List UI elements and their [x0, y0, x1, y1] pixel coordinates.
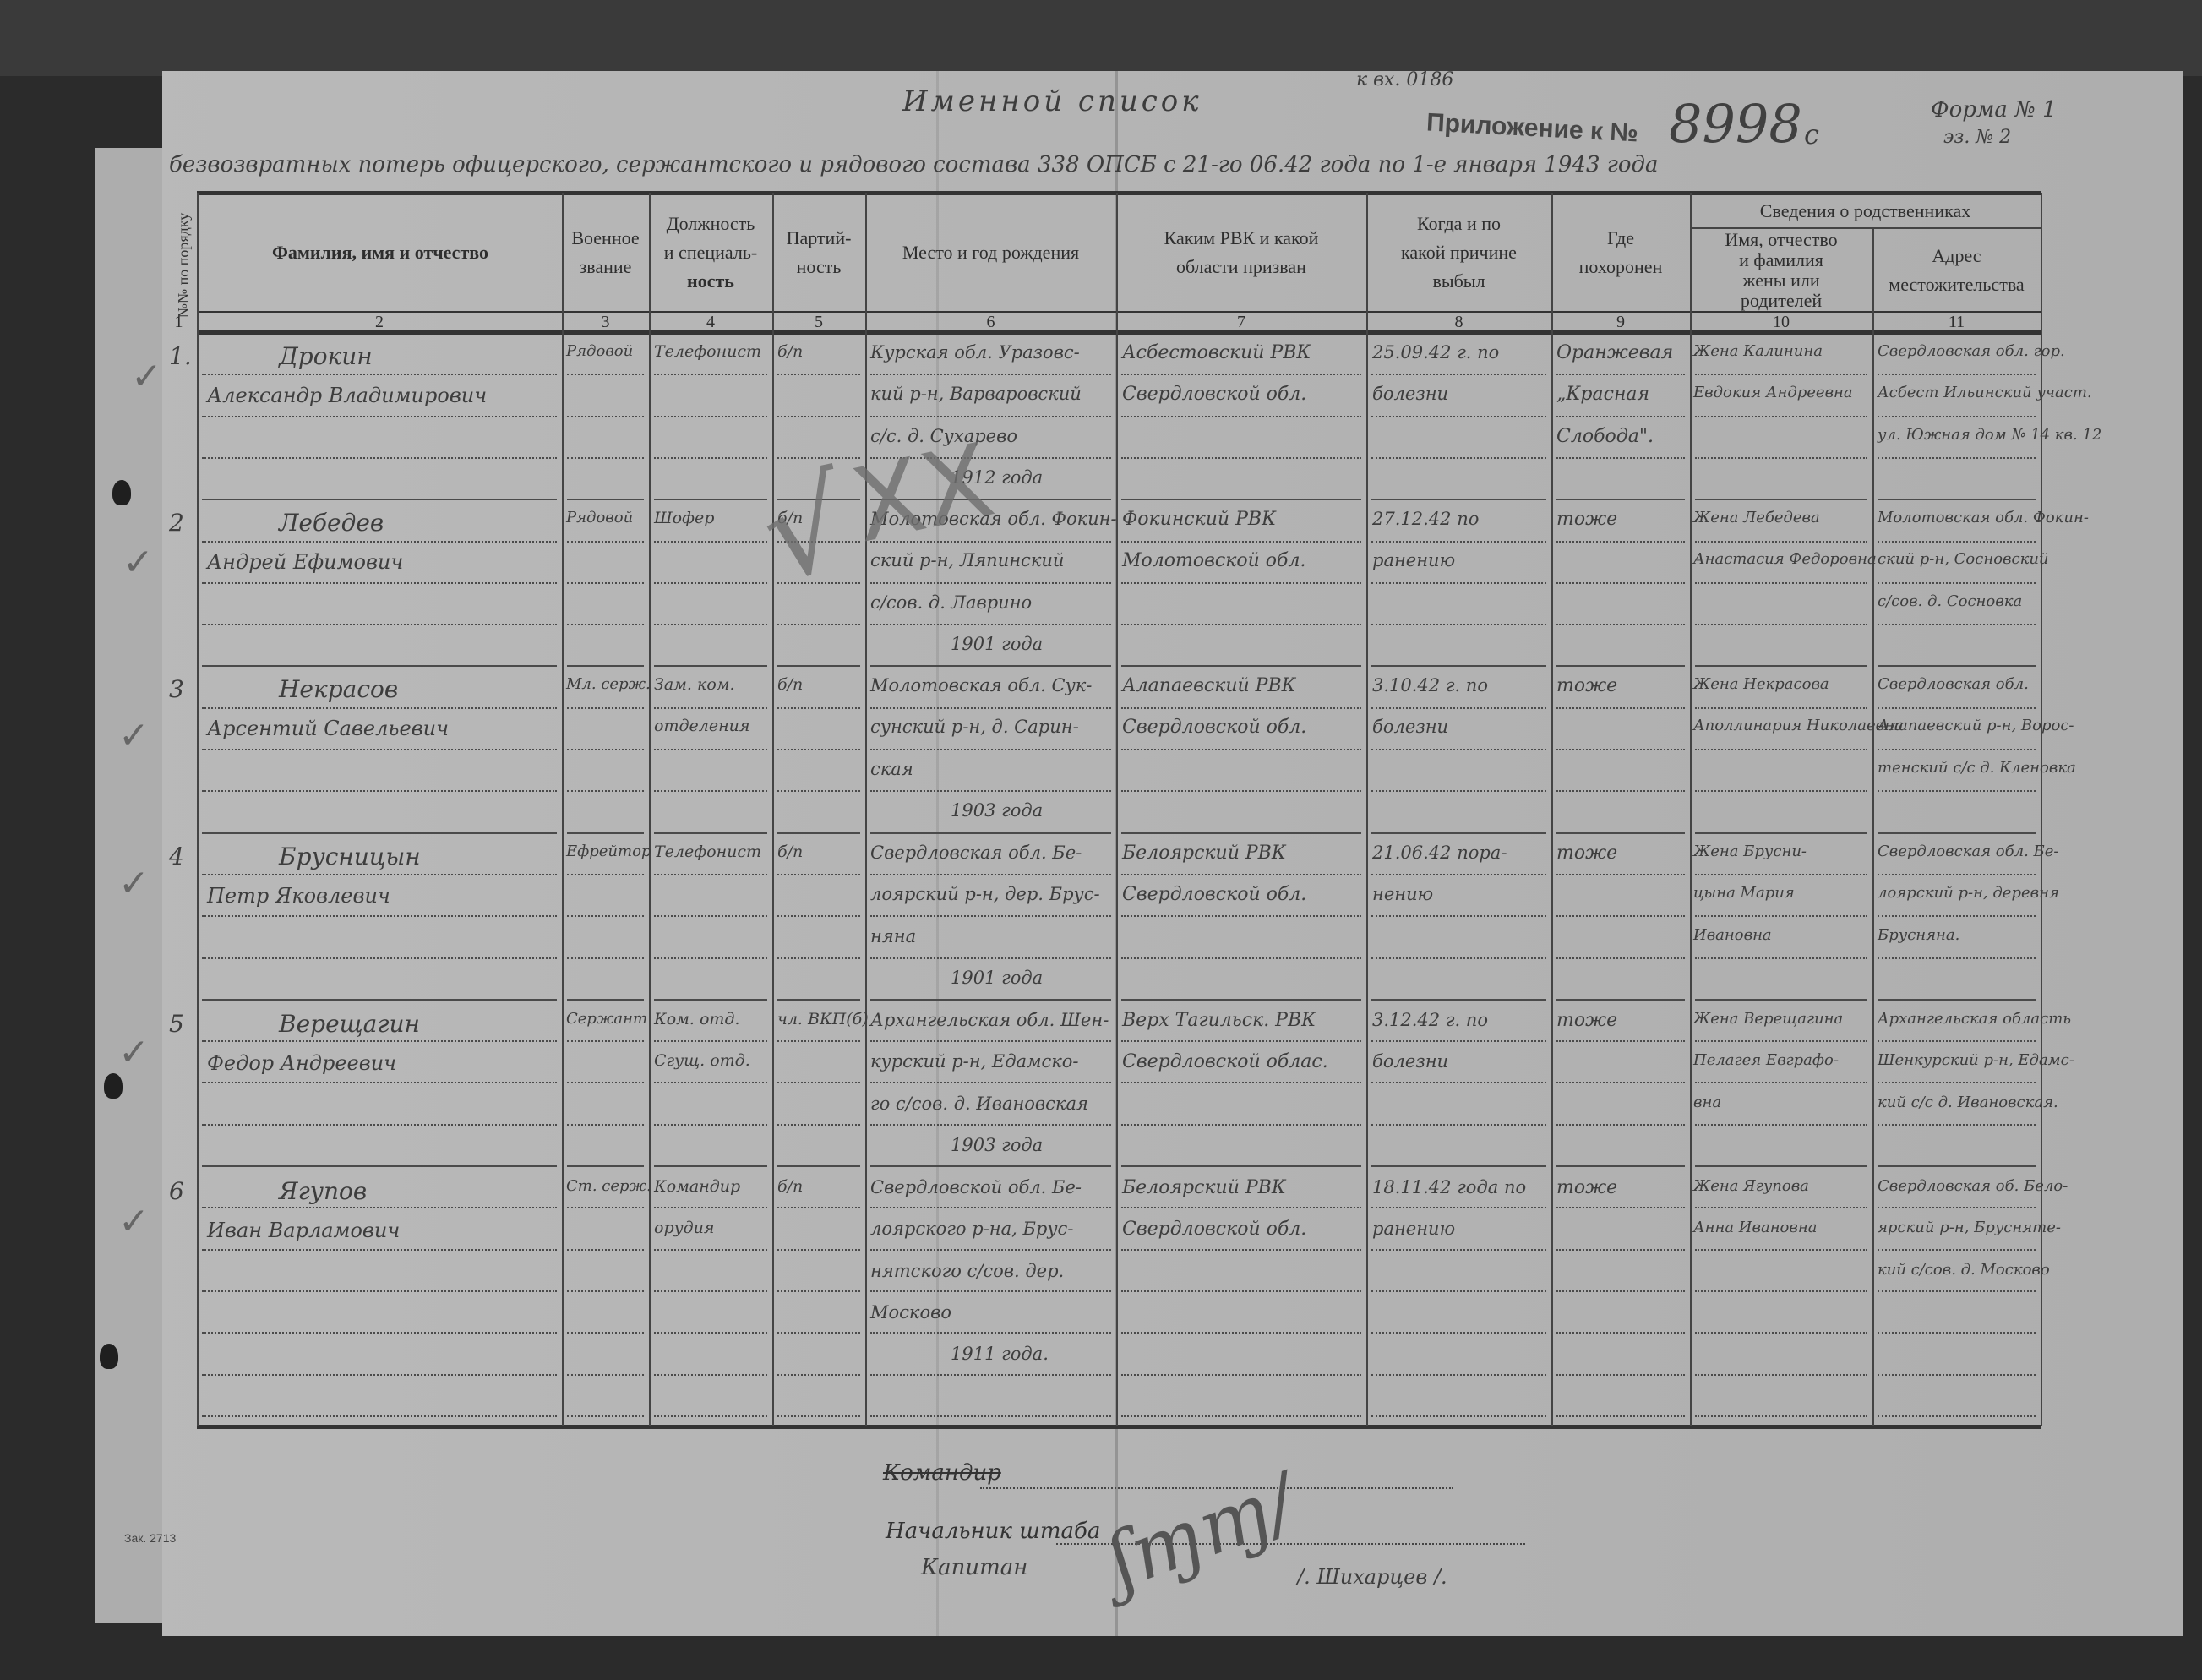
binder-hole: [112, 480, 131, 505]
print-order-number: Зак. 2713: [124, 1531, 176, 1545]
ruled-line: [1121, 1249, 1361, 1251]
birth-year: 1911 года.: [951, 1344, 1049, 1364]
home-address: Свердловская об. Бело-: [1878, 1177, 2068, 1195]
ruled-line: [1371, 582, 1546, 584]
ruled-line: [1878, 541, 2036, 543]
ruled-line: [1556, 749, 1685, 750]
chief-of-staff-label: Начальник штаба: [886, 1519, 1100, 1544]
ruled-line: [567, 1040, 644, 1042]
ruled-line: [1556, 790, 1685, 792]
relative-name: Жена Лебедева: [1693, 509, 1820, 526]
ruled-line: [777, 957, 860, 959]
birth-place: лоярского р-на, Брус-: [870, 1219, 1073, 1239]
ruled-line: [1695, 1332, 1867, 1334]
ruled-line: [1556, 374, 1685, 375]
military-rank: Мл. серж.: [566, 675, 651, 693]
date-reason-left: нению: [1372, 884, 1433, 904]
col-number: 9: [1551, 313, 1690, 332]
chief-name: /. Шихарцев /.: [1297, 1565, 1447, 1589]
ruled-line: [202, 1374, 557, 1376]
ruled-line: [1556, 1415, 1685, 1417]
home-address: Брусняна.: [1878, 926, 1959, 944]
ruled-line: [567, 1332, 644, 1334]
home-address: Архангельская область: [1878, 1010, 2071, 1028]
ruled-line: [1695, 416, 1867, 417]
ruled-line: [567, 374, 644, 375]
checkmark-icon: ✓: [118, 1031, 150, 1074]
ruled-line: [1695, 1124, 1867, 1126]
ruled-line: [202, 915, 557, 917]
ruled-line: [1121, 624, 1361, 625]
date-reason-left: ранению: [1372, 1219, 1455, 1239]
ruled-line: [1878, 707, 2036, 709]
ruled-line: [654, 1207, 767, 1208]
ruled-line: [1695, 999, 1867, 1001]
ruled-line: [1371, 707, 1546, 709]
ruled-line: [567, 915, 644, 917]
party-membership: б/п: [777, 843, 803, 861]
ruled-line: [567, 1290, 644, 1292]
commander-label: Командир: [883, 1460, 1001, 1486]
ruled-line: [1556, 999, 1685, 1001]
ruled-line: [202, 1332, 557, 1334]
ruled-line: [567, 790, 644, 792]
burial-place: Оранжевая: [1556, 342, 1673, 363]
header-party: Партий-ность: [772, 194, 865, 311]
ruled-line: [1121, 790, 1361, 792]
draft-office: Свердловской обл.: [1122, 384, 1306, 405]
home-address: Свердловская обл. Бе-: [1878, 843, 2059, 860]
ruled-line: [654, 1290, 767, 1292]
home-address: ский р-н, Сосновский: [1878, 550, 2049, 568]
ruled-line: [654, 1124, 767, 1126]
form-sub-label: эз. № 2: [1943, 127, 2011, 148]
col-border: [1366, 193, 1368, 1426]
ruled-line: [1371, 457, 1546, 459]
col-border: [772, 193, 774, 1426]
home-address: кий с/с д. Ивановская.: [1878, 1094, 2058, 1111]
ruled-line: [1695, 707, 1867, 709]
ruled-line: [567, 749, 644, 750]
ruled-line: [870, 1332, 1111, 1334]
ruled-line: [1371, 1332, 1546, 1334]
ruled-line: [1695, 1374, 1867, 1376]
military-rank: Ефрейтор: [566, 843, 651, 860]
col-border: [1872, 229, 1874, 1426]
ruled-line: [1695, 1040, 1867, 1042]
ruled-line: [1121, 1082, 1361, 1083]
ruled-line: [1371, 749, 1546, 750]
ruled-line: [1695, 1207, 1867, 1208]
row-number: 4: [169, 843, 184, 870]
birth-place: Курская обл. Уразовс-: [870, 342, 1080, 363]
date-reason-left: 3.10.42 г. по: [1372, 675, 1488, 695]
ruled-line: [1878, 1207, 2036, 1208]
ruled-line: [567, 416, 644, 417]
ruled-line: [1121, 915, 1361, 917]
ruled-line: [1695, 915, 1867, 917]
ruled-line: [777, 749, 860, 750]
col-number: 5: [772, 313, 865, 332]
ruled-line: [777, 874, 860, 875]
ruled-line: [567, 1124, 644, 1126]
ruled-line: [1878, 957, 2036, 959]
checkmark-icon: ✓: [118, 1200, 150, 1243]
header-birth: Место и год рождения: [865, 194, 1116, 311]
ruled-line: [1371, 1207, 1546, 1208]
ruled-line: [202, 707, 557, 709]
ruled-line: [777, 416, 860, 417]
row-number: 6: [169, 1177, 184, 1205]
col-number: 8: [1366, 313, 1551, 332]
ruled-line: [202, 1082, 557, 1083]
ruled-line: [1121, 832, 1361, 834]
ruled-line: [1878, 749, 2036, 750]
military-rank: Ст. серж.: [566, 1177, 651, 1195]
ruled-line: [1878, 832, 2036, 834]
ruled-line: [1121, 999, 1361, 1001]
ruled-line: [1556, 541, 1685, 543]
ruled-line: [654, 832, 767, 834]
checkmark-icon: ✓: [123, 541, 154, 584]
checkmark-icon: ✓: [118, 714, 150, 757]
ruled-line: [1121, 582, 1361, 584]
ruled-line: [777, 915, 860, 917]
ruled-line: [870, 374, 1111, 375]
ruled-line: [1556, 624, 1685, 625]
home-address: Алапаевский р-н, Ворос-: [1878, 717, 2074, 734]
ruled-line: [654, 915, 767, 917]
ruled-line: [1121, 1332, 1361, 1334]
ruled-line: [1556, 499, 1685, 500]
home-address: Асбест Ильинский участ.: [1878, 384, 2092, 401]
col-number: 7: [1116, 313, 1366, 332]
ruled-line: [1556, 874, 1685, 875]
ruled-line: [1695, 1249, 1867, 1251]
ruled-line: [777, 707, 860, 709]
col-border: [865, 193, 867, 1426]
ruled-line: [1695, 582, 1867, 584]
burial-place: тоже: [1556, 675, 1617, 696]
col-number: 2: [197, 313, 562, 332]
ruled-line: [1878, 915, 2036, 917]
ruled-line: [1371, 1165, 1546, 1167]
ruled-line: [870, 1082, 1111, 1083]
surname: Верещагин: [279, 1010, 420, 1038]
relative-name: Жена Верещагина: [1693, 1010, 1843, 1028]
ruled-line: [1878, 665, 2036, 667]
draft-office: Свердловской обл.: [1122, 884, 1306, 905]
ruled-line: [567, 1249, 644, 1251]
home-address: ярский р-н, Брусняте-: [1878, 1219, 2061, 1236]
ruled-line: [1556, 915, 1685, 917]
ruled-line: [202, 874, 557, 875]
ruled-line: [1121, 416, 1361, 417]
birth-place: кий р-н, Варваровский: [870, 384, 1082, 404]
ruled-line: [1121, 1290, 1361, 1292]
ruled-line: [202, 1040, 557, 1042]
ruled-line: [1371, 832, 1546, 834]
ruled-line: [777, 665, 860, 667]
relative-name: Евдокия Андреевна: [1693, 384, 1853, 401]
ruled-line: [1878, 457, 2036, 459]
ruled-line: [567, 457, 644, 459]
ruled-line: [1878, 1124, 2036, 1126]
ruled-line: [777, 999, 860, 1001]
birth-year: 1903 года: [951, 800, 1043, 821]
col-border: [2041, 193, 2042, 1426]
ruled-line: [1556, 457, 1685, 459]
ruled-line: [777, 1040, 860, 1042]
ruled-line: [654, 1374, 767, 1376]
draft-office: Белоярский РВК: [1122, 1177, 1286, 1198]
ruled-line: [870, 1374, 1111, 1376]
ruled-line: [202, 541, 557, 543]
relative-name: Жена Ягупова: [1693, 1177, 1809, 1195]
ruled-line: [1878, 1290, 2036, 1292]
ruled-line: [654, 707, 767, 709]
ruled-line: [202, 1249, 557, 1251]
ruled-line: [1556, 1165, 1685, 1167]
birth-place: няна: [870, 926, 916, 946]
checkmark-icon: ✓: [118, 862, 150, 905]
col-border: [1690, 193, 1692, 1426]
position: отделения: [654, 717, 749, 735]
ruled-line: [567, 582, 644, 584]
ruled-line: [1371, 1290, 1546, 1292]
ruled-line: [1695, 749, 1867, 750]
ruled-line: [202, 499, 557, 500]
ruled-line: [567, 1165, 644, 1167]
ruled-line: [202, 1207, 557, 1208]
draft-office: Фокинский РВК: [1122, 509, 1276, 530]
ruled-line: [1556, 1082, 1685, 1083]
checkmark-icon: ✓: [131, 355, 162, 398]
relative-name: Жена Калинина: [1693, 342, 1823, 360]
ruled-line: [1695, 957, 1867, 959]
ruled-line: [870, 707, 1111, 709]
col-number: 11: [1872, 313, 2041, 332]
ruled-line: [777, 1082, 860, 1083]
ruled-line: [1121, 665, 1361, 667]
party-membership: б/п: [777, 675, 803, 694]
ruled-line: [654, 1040, 767, 1042]
ruled-line: [1878, 1165, 2036, 1167]
position: Сгущ. отд.: [654, 1051, 750, 1070]
header-when-reason: Когда и покакой причиневыбыл: [1366, 194, 1551, 311]
first-name-patronymic: Иван Варламович: [207, 1219, 400, 1242]
ruled-line: [202, 957, 557, 959]
ruled-line: [654, 499, 767, 500]
ruled-line: [1371, 999, 1546, 1001]
ruled-line: [202, 1415, 557, 1417]
header-burial: Гдепохоронен: [1551, 194, 1690, 311]
ruled-line: [1371, 624, 1546, 625]
ruled-line: [567, 707, 644, 709]
ruled-line: [1556, 1290, 1685, 1292]
ruled-line: [567, 1374, 644, 1376]
ruled-line: [1121, 541, 1361, 543]
header-rvk: Каким РВК и какойобласти призван: [1116, 194, 1366, 311]
ruled-line: [870, 1207, 1111, 1208]
ruled-line: [1878, 1249, 2036, 1251]
ruled-line: [1878, 416, 2036, 417]
ruled-line: [567, 957, 644, 959]
ruled-line: [1371, 499, 1546, 500]
ruled-line: [202, 790, 557, 792]
birth-place: го с/сов. д. Ивановская: [870, 1094, 1088, 1114]
draft-office: Белоярский РВК: [1122, 843, 1286, 864]
ruled-line: [1556, 1040, 1685, 1042]
birth-place: Москово: [870, 1302, 951, 1323]
col-border: [649, 193, 651, 1426]
ruled-line: [202, 1124, 557, 1126]
header-position: Должностьи специаль-ность: [649, 194, 772, 311]
position: Телефонист: [654, 843, 761, 861]
ruled-line: [870, 665, 1111, 667]
surname: Дрокин: [279, 342, 373, 370]
ruled-line: [654, 541, 767, 543]
ruled-line: [654, 790, 767, 792]
birth-place: Молотовская обл. Сук-: [870, 675, 1092, 695]
surname: Лебедев: [279, 509, 384, 537]
ruled-line: [567, 832, 644, 834]
ruled-line: [202, 665, 557, 667]
ruled-line: [654, 1249, 767, 1251]
home-address: Свердловская обл. гор.: [1878, 342, 2065, 360]
ruled-line: [202, 999, 557, 1001]
surname: Ягупов: [279, 1177, 367, 1205]
birth-place: курский р-н, Едамско-: [870, 1051, 1079, 1072]
ruled-line: [777, 1290, 860, 1292]
surname: Брусницын: [279, 843, 421, 870]
first-name-patronymic: Александр Владимирович: [207, 384, 487, 407]
col-number: 3: [562, 313, 649, 332]
header-address: Адресместожительства: [1872, 229, 2041, 311]
ruled-line: [777, 790, 860, 792]
birth-place: Свердловская обл. Бе-: [870, 843, 1082, 863]
ruled-line: [1556, 582, 1685, 584]
ruled-line: [1121, 374, 1361, 375]
home-address: лоярский р-н, деревня: [1878, 884, 2059, 902]
ruled-line: [1371, 1249, 1546, 1251]
ruled-line: [654, 1415, 767, 1417]
ruled-line: [1878, 1374, 2036, 1376]
ruled-line: [870, 749, 1111, 750]
table-bottom-border: [197, 1425, 2041, 1429]
ruled-line: [1121, 1207, 1361, 1208]
ruled-line: [1371, 374, 1546, 375]
col-border: [562, 193, 564, 1426]
ruled-line: [1878, 874, 2036, 875]
row-number: 2: [169, 509, 184, 537]
ruled-line: [654, 416, 767, 417]
birth-year: 1901 года: [951, 968, 1043, 988]
draft-office: Молотовской обл.: [1122, 550, 1305, 571]
binder-hole: [104, 1073, 123, 1099]
document-subtitle: безвозвратных потерь офицерского, сержан…: [169, 152, 1659, 177]
ruled-line: [202, 582, 557, 584]
date-reason-left: 3.12.42 г. по: [1372, 1010, 1488, 1030]
home-address: тенский с/с д. Кленовка: [1878, 759, 2076, 777]
ruled-line: [1556, 665, 1685, 667]
birth-place: Свердловской обл. Бе-: [870, 1177, 1082, 1197]
header-full-name: Фамилия, имя и отчество: [199, 194, 562, 311]
ruled-line: [202, 416, 557, 417]
ruled-line: [654, 874, 767, 875]
ruled-line: [777, 1332, 860, 1334]
ruled-line: [777, 1374, 860, 1376]
ruled-line: [1878, 999, 2036, 1001]
ruled-line: [1878, 624, 2036, 625]
ruled-line: [654, 749, 767, 750]
burial-place: Слобода".: [1556, 426, 1654, 447]
ruled-line: [870, 1040, 1111, 1042]
ruled-line: [1878, 1040, 2036, 1042]
scan-background: [0, 0, 2202, 76]
ruled-line: [1695, 624, 1867, 625]
ruled-line: [1556, 1332, 1685, 1334]
relative-name: Пелагея Евграфо-: [1693, 1051, 1839, 1069]
ruled-line: [1695, 1415, 1867, 1417]
draft-office: Асбестовский РВК: [1122, 342, 1311, 363]
ruled-line: [777, 1165, 860, 1167]
date-reason-left: болезни: [1372, 1051, 1448, 1072]
ruled-line: [1371, 1374, 1546, 1376]
ruled-line: [202, 1290, 557, 1292]
ruled-line: [1878, 582, 2036, 584]
ruled-line: [1121, 1124, 1361, 1126]
ruled-line: [870, 790, 1111, 792]
ruled-line: [870, 1124, 1111, 1126]
ruled-line: [870, 1415, 1111, 1417]
burial-place: тоже: [1556, 1177, 1617, 1198]
header-relatives-group: Сведения о родственниках: [1690, 196, 2041, 226]
ruled-line: [1556, 707, 1685, 709]
position: Командир: [654, 1177, 740, 1196]
relative-name: цына Мария: [1693, 884, 1795, 902]
ruled-line: [1556, 1249, 1685, 1251]
ruled-line: [1121, 1374, 1361, 1376]
ruled-line: [1878, 1082, 2036, 1083]
first-name-patronymic: Арсентий Савельевич: [207, 717, 449, 740]
birth-place: Архангельская обл. Шен-: [870, 1010, 1109, 1030]
ruled-line: [870, 999, 1111, 1001]
ruled-line: [777, 832, 860, 834]
ruled-line: [654, 457, 767, 459]
ruled-line: [1695, 457, 1867, 459]
relative-name: Анна Ивановна: [1693, 1219, 1817, 1236]
ruled-line: [1556, 957, 1685, 959]
ruled-line: [870, 582, 1111, 584]
ruled-line: [202, 832, 557, 834]
ruled-line: [1371, 1082, 1546, 1083]
ruled-line: [1556, 416, 1685, 417]
ruled-line: [870, 1165, 1111, 1167]
ruled-line: [1371, 915, 1546, 917]
ruled-line: [1556, 1124, 1685, 1126]
burial-place: тоже: [1556, 1010, 1617, 1031]
ruled-line: [654, 374, 767, 375]
ruled-line: [1695, 665, 1867, 667]
stamp-suffix: с: [1804, 118, 1819, 150]
ruled-line: [202, 457, 557, 459]
date-reason-left: 27.12.42 по: [1372, 509, 1479, 529]
draft-office: Свердловской обл.: [1122, 1219, 1306, 1240]
col-number: 10: [1690, 313, 1872, 332]
col-border: [1116, 193, 1118, 1426]
ruled-line: [654, 999, 767, 1001]
